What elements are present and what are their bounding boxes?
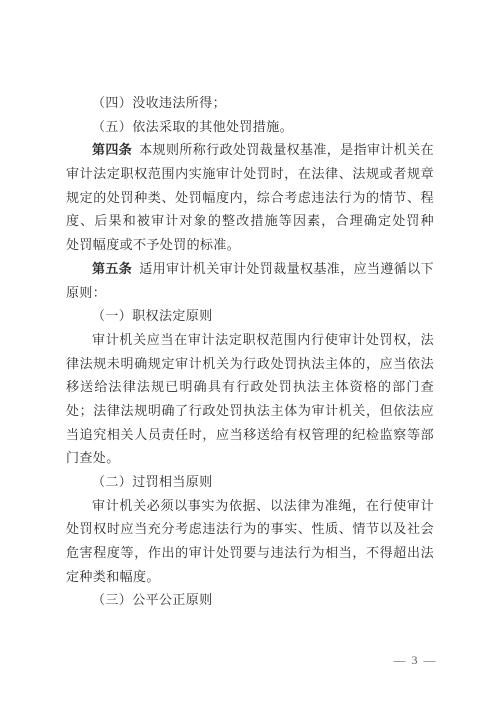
text-line: 移送给法律法规已明确具有行政处罚执法主体资格的部门查 xyxy=(66,375,434,399)
line-text: 当追究相关人员责任时，应当移送给有权管理的纪检监察等部 xyxy=(66,427,434,442)
line-text: 规定的处罚种类、处罚幅度内，综合考虑违法行为的情节、程 xyxy=(66,190,434,205)
line-text: 处罚权时应当充分考虑违法行为的事实、性质、情节以及社会 xyxy=(66,521,434,536)
line-text: （四）没收违法所得； xyxy=(92,95,226,110)
line-text: （一）职权法定原则 xyxy=(92,308,213,323)
line-text: 门查处。 xyxy=(66,450,120,465)
text-line: 处罚权时应当充分考虑违法行为的事实、性质、情节以及社会 xyxy=(66,517,434,541)
text-line: （三）公平公正原则 xyxy=(66,588,434,612)
line-text: 处；法律法规明确了行政处罚执法主体为审计机关，但依法应 xyxy=(66,403,434,418)
line-text: 律法规未明确规定审计机关为行政处罚执法主体的，应当依法 xyxy=(66,356,434,371)
text-line: 处；法律法规明确了行政处罚执法主体为审计机关，但依法应 xyxy=(66,399,434,423)
line-text: 定种类和幅度。 xyxy=(66,569,160,584)
line-text: （二）过罚相当原则 xyxy=(92,474,213,489)
article-number: 第四条 xyxy=(92,142,132,157)
text-line: 当追究相关人员责任时，应当移送给有权管理的纪检监察等部 xyxy=(66,423,434,447)
text-line: 危害程度等，作出的审计处罚要与违法行为相当，不得超出法 xyxy=(66,541,434,565)
article-number: 第五条 xyxy=(92,261,132,276)
text-line: 处罚幅度或不予处罚的标准。 xyxy=(66,233,434,257)
line-text: 审计机关必须以事实为依据、以法律为准绳，在行使审计 xyxy=(92,498,434,513)
line-text: 适用审计机关审计处罚裁量权基准，应当遵循以下 xyxy=(139,261,434,276)
line-text: 度、后果和被审计对象的整改措施等因素，合理确定处罚种类、 xyxy=(66,213,434,233)
text-line: 原则： xyxy=(66,281,434,305)
text-line: 第五条适用审计机关审计处罚裁量权基准，应当遵循以下 xyxy=(66,257,434,281)
line-text: 原则： xyxy=(66,285,106,300)
line-text: 移送给法律法规已明确具有行政处罚执法主体资格的部门查 xyxy=(66,379,434,394)
text-line: 度、后果和被审计对象的整改措施等因素，合理确定处罚种类、 xyxy=(66,209,434,233)
document-text-block: （四）没收违法所得； （五）依法采取的其他处罚措施。 第四条本规则所称行政处罚裁… xyxy=(66,91,434,612)
line-text: 审计机关应当在审计法定职权范围内行使审计处罚权，法 xyxy=(92,332,434,347)
text-line: （五）依法采取的其他处罚措施。 xyxy=(66,115,434,139)
text-line: 审计法定职权范围内实施审计处罚时，在法律、法规或者规章 xyxy=(66,162,434,186)
text-line: （四）没收违法所得； xyxy=(66,91,434,115)
text-line: 第四条本规则所称行政处罚裁量权基准，是指审计机关在 xyxy=(66,138,434,162)
text-line: （一）职权法定原则 xyxy=(66,304,434,328)
line-text: 处罚幅度或不予处罚的标准。 xyxy=(66,237,240,252)
document-page: （四）没收违法所得； （五）依法采取的其他处罚措施。 第四条本规则所称行政处罚裁… xyxy=(0,0,500,707)
text-line: 规定的处罚种类、处罚幅度内，综合考虑违法行为的情节、程 xyxy=(66,186,434,210)
text-line: 审计机关应当在审计法定职权范围内行使审计处罚权，法 xyxy=(66,328,434,352)
text-line: 审计机关必须以事实为依据、以法律为准绳，在行使审计 xyxy=(66,494,434,518)
text-line: 律法规未明确规定审计机关为行政处罚执法主体的，应当依法 xyxy=(66,352,434,376)
line-text: 审计法定职权范围内实施审计处罚时，在法律、法规或者规章 xyxy=(66,166,434,181)
page-number: — 3 — xyxy=(0,653,437,668)
line-text: 本规则所称行政处罚裁量权基准，是指审计机关在 xyxy=(139,142,434,157)
line-text: （五）依法采取的其他处罚措施。 xyxy=(92,119,293,134)
text-line: 定种类和幅度。 xyxy=(66,565,434,589)
line-text: （三）公平公正原则 xyxy=(92,592,213,607)
line-text: 危害程度等，作出的审计处罚要与违法行为相当，不得超出法 xyxy=(66,545,434,560)
text-line: 门查处。 xyxy=(66,446,434,470)
text-line: （二）过罚相当原则 xyxy=(66,470,434,494)
